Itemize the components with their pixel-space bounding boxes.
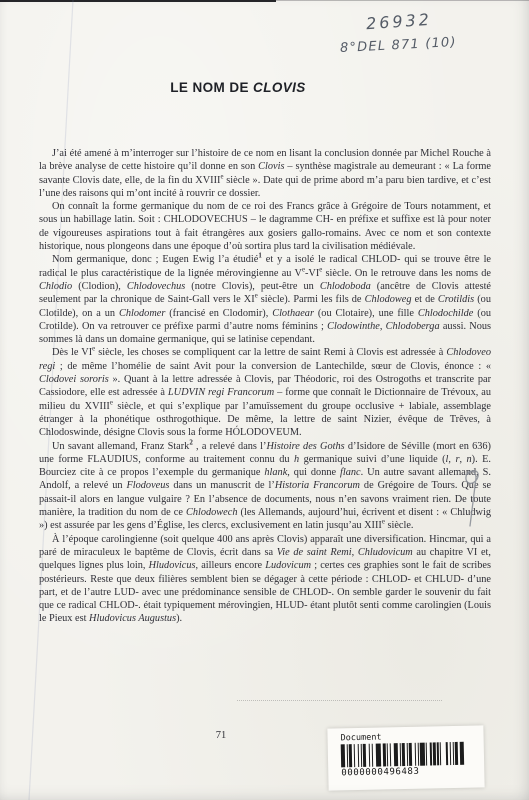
paragraph: Nom germanique, donc ; Eugen Ewig l’a ét… [39, 253, 491, 346]
paragraph: À l’époque carolingienne (soit quelque 4… [39, 533, 491, 626]
perforation-dots [237, 700, 442, 701]
page-title: LE NOM DE CLOVIS [0, 80, 476, 95]
paragraph: On connaît la forme germanique du nom de… [39, 200, 491, 253]
title-text: LE NOM DE [170, 80, 253, 95]
paragraph: J’ai été amené à m’interroger sur l’hist… [39, 147, 491, 200]
handwritten-shelfmark-line2: 8°DEL 871 (10) [340, 35, 457, 56]
article-body: J’ai été amené à m’interroger sur l’hist… [39, 147, 491, 626]
barcode-icon [341, 741, 484, 767]
barcode-number: 0000000496483 [341, 765, 484, 778]
scan-edge-artifact [0, 0, 276, 2]
page-number: 71 [206, 730, 236, 741]
paragraph: Dès le VIe siècle, les choses se compliq… [39, 346, 491, 439]
barcode-sticker: Document 0000000496483 [327, 725, 484, 790]
title-italic-text: CLOVIS [253, 80, 306, 95]
handwritten-shelfmark-line1: 26932 [365, 10, 432, 34]
paragraph: Un savant allemand, Franz Stark2 , a rel… [39, 440, 491, 533]
scanned-page: 26932 8°DEL 871 (10) LE NOM DE CLOVIS J’… [0, 0, 529, 800]
